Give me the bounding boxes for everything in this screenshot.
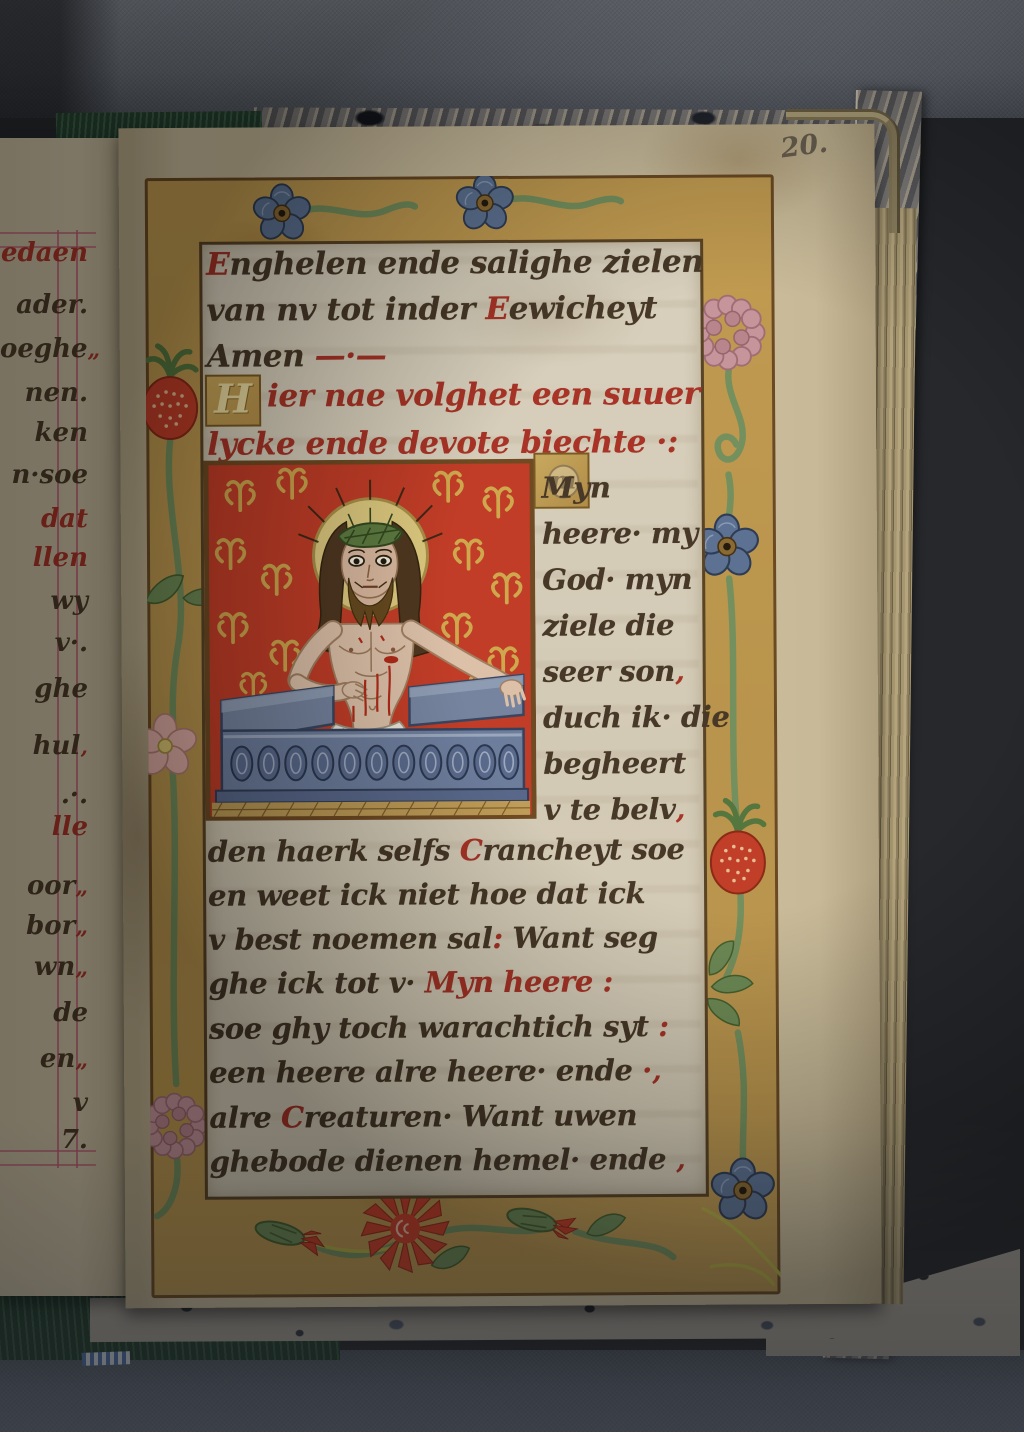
text-line: ziele die bbox=[542, 608, 674, 644]
fabric-weave-texture bbox=[0, 1350, 1024, 1432]
text-line: v te belv‚ bbox=[543, 792, 685, 828]
leaf-icon bbox=[711, 971, 754, 997]
text-line: God· myn bbox=[542, 562, 692, 598]
left-page[interactable]: edaen ader. oeghe„ nen. ken n·soe dat ll… bbox=[0, 138, 132, 1296]
text-line: Enghelen ende salighe zielen bbox=[206, 244, 703, 284]
illuminated-initial: H bbox=[205, 374, 261, 426]
ruling-line-horizontal bbox=[0, 232, 96, 234]
text-line: den haerk selfs Crancheyt soe bbox=[208, 832, 685, 870]
left-page-line-fragment: v·. bbox=[0, 630, 92, 656]
ground-strip bbox=[212, 801, 530, 817]
text-line: een heere alre heere· ende ·‚ bbox=[209, 1053, 662, 1091]
text-line: en weet ick niet hoe dat ick bbox=[208, 876, 645, 913]
ruling-line-horizontal bbox=[0, 1164, 96, 1166]
text-line: alre Creaturen· Want uwen bbox=[209, 1098, 637, 1135]
carnation-bud-icon bbox=[505, 1202, 579, 1240]
blue-flower-icon bbox=[454, 174, 516, 233]
left-page-line-fragment: lle bbox=[0, 814, 92, 840]
text-block: Enghelen ende salighe zielen van nv tot … bbox=[199, 239, 709, 1200]
blue-flower-icon bbox=[709, 1158, 778, 1223]
text-line: van nv tot inder Eewicheyt bbox=[206, 290, 657, 330]
left-page-line-fragment: llen bbox=[0, 545, 92, 571]
left-page-line-fragment: ken bbox=[0, 420, 92, 446]
left-page-line-fragment: 7. bbox=[0, 1127, 92, 1153]
strawberry-icon bbox=[145, 346, 198, 439]
blue-flower-icon bbox=[251, 184, 313, 243]
text-line: begheert bbox=[543, 746, 686, 782]
right-page[interactable]: 20. bbox=[118, 124, 881, 1309]
left-page-line-fragment: wn„ bbox=[0, 954, 92, 980]
red-clover-icon bbox=[711, 800, 766, 893]
left-page-line-fragment: ader. bbox=[0, 292, 92, 318]
carnation-bud-icon bbox=[253, 1217, 327, 1256]
leaf-icon bbox=[705, 990, 744, 1034]
left-page-line-fragment: bor„ bbox=[0, 913, 92, 939]
text-line: ghebode dienen hemel· ende ‚ bbox=[210, 1142, 686, 1180]
left-page-line-fragment: de bbox=[0, 1000, 92, 1026]
text-line: duch ik· die bbox=[543, 700, 730, 736]
left-page-line-fragment: hul‚ bbox=[0, 733, 92, 759]
folio-number: 20. bbox=[779, 125, 868, 163]
text-line: Amen —·— bbox=[207, 338, 387, 376]
left-page-line-fragment: nen. bbox=[0, 380, 92, 406]
left-page-line-fragment: oor„ bbox=[0, 873, 92, 899]
man-of-sorrows-miniature bbox=[203, 459, 536, 821]
text-line: v best noemen sal: Want seg bbox=[208, 920, 658, 958]
left-page-line-fragment: .·. bbox=[0, 782, 92, 808]
endband-stitching bbox=[82, 1351, 130, 1366]
background-fabric-bottom bbox=[0, 1350, 1024, 1432]
text-line: seer son‚ bbox=[543, 654, 685, 690]
rubric-line: lycke ende devote biechte ·: bbox=[207, 424, 678, 464]
left-page-line-fragment: edaen bbox=[0, 240, 92, 266]
leaf-icon bbox=[585, 1212, 627, 1237]
text-line: Myn bbox=[542, 470, 611, 505]
text-line: ghe ick tot v· Myn heere : bbox=[209, 964, 614, 1001]
left-page-line-fragment: wy bbox=[0, 588, 92, 614]
left-page-line-fragment: ghe bbox=[0, 676, 92, 702]
left-page-line-fragment: oeghe„ bbox=[0, 336, 92, 362]
left-page-line-fragment: dat bbox=[0, 506, 92, 532]
pink-pompom-flower-icon bbox=[145, 1093, 207, 1158]
text-line: soe ghy toch warachtich syt : bbox=[209, 1009, 669, 1047]
pink-flower-icon bbox=[145, 714, 200, 779]
left-page-line-fragment: n·soe bbox=[0, 462, 92, 488]
left-page-line-fragment: en„ bbox=[0, 1046, 92, 1072]
rubric-line: ier nae volghet een suuer bbox=[267, 376, 700, 416]
text-line: heere· my bbox=[542, 516, 698, 552]
left-page-line-fragment: v bbox=[0, 1090, 92, 1116]
